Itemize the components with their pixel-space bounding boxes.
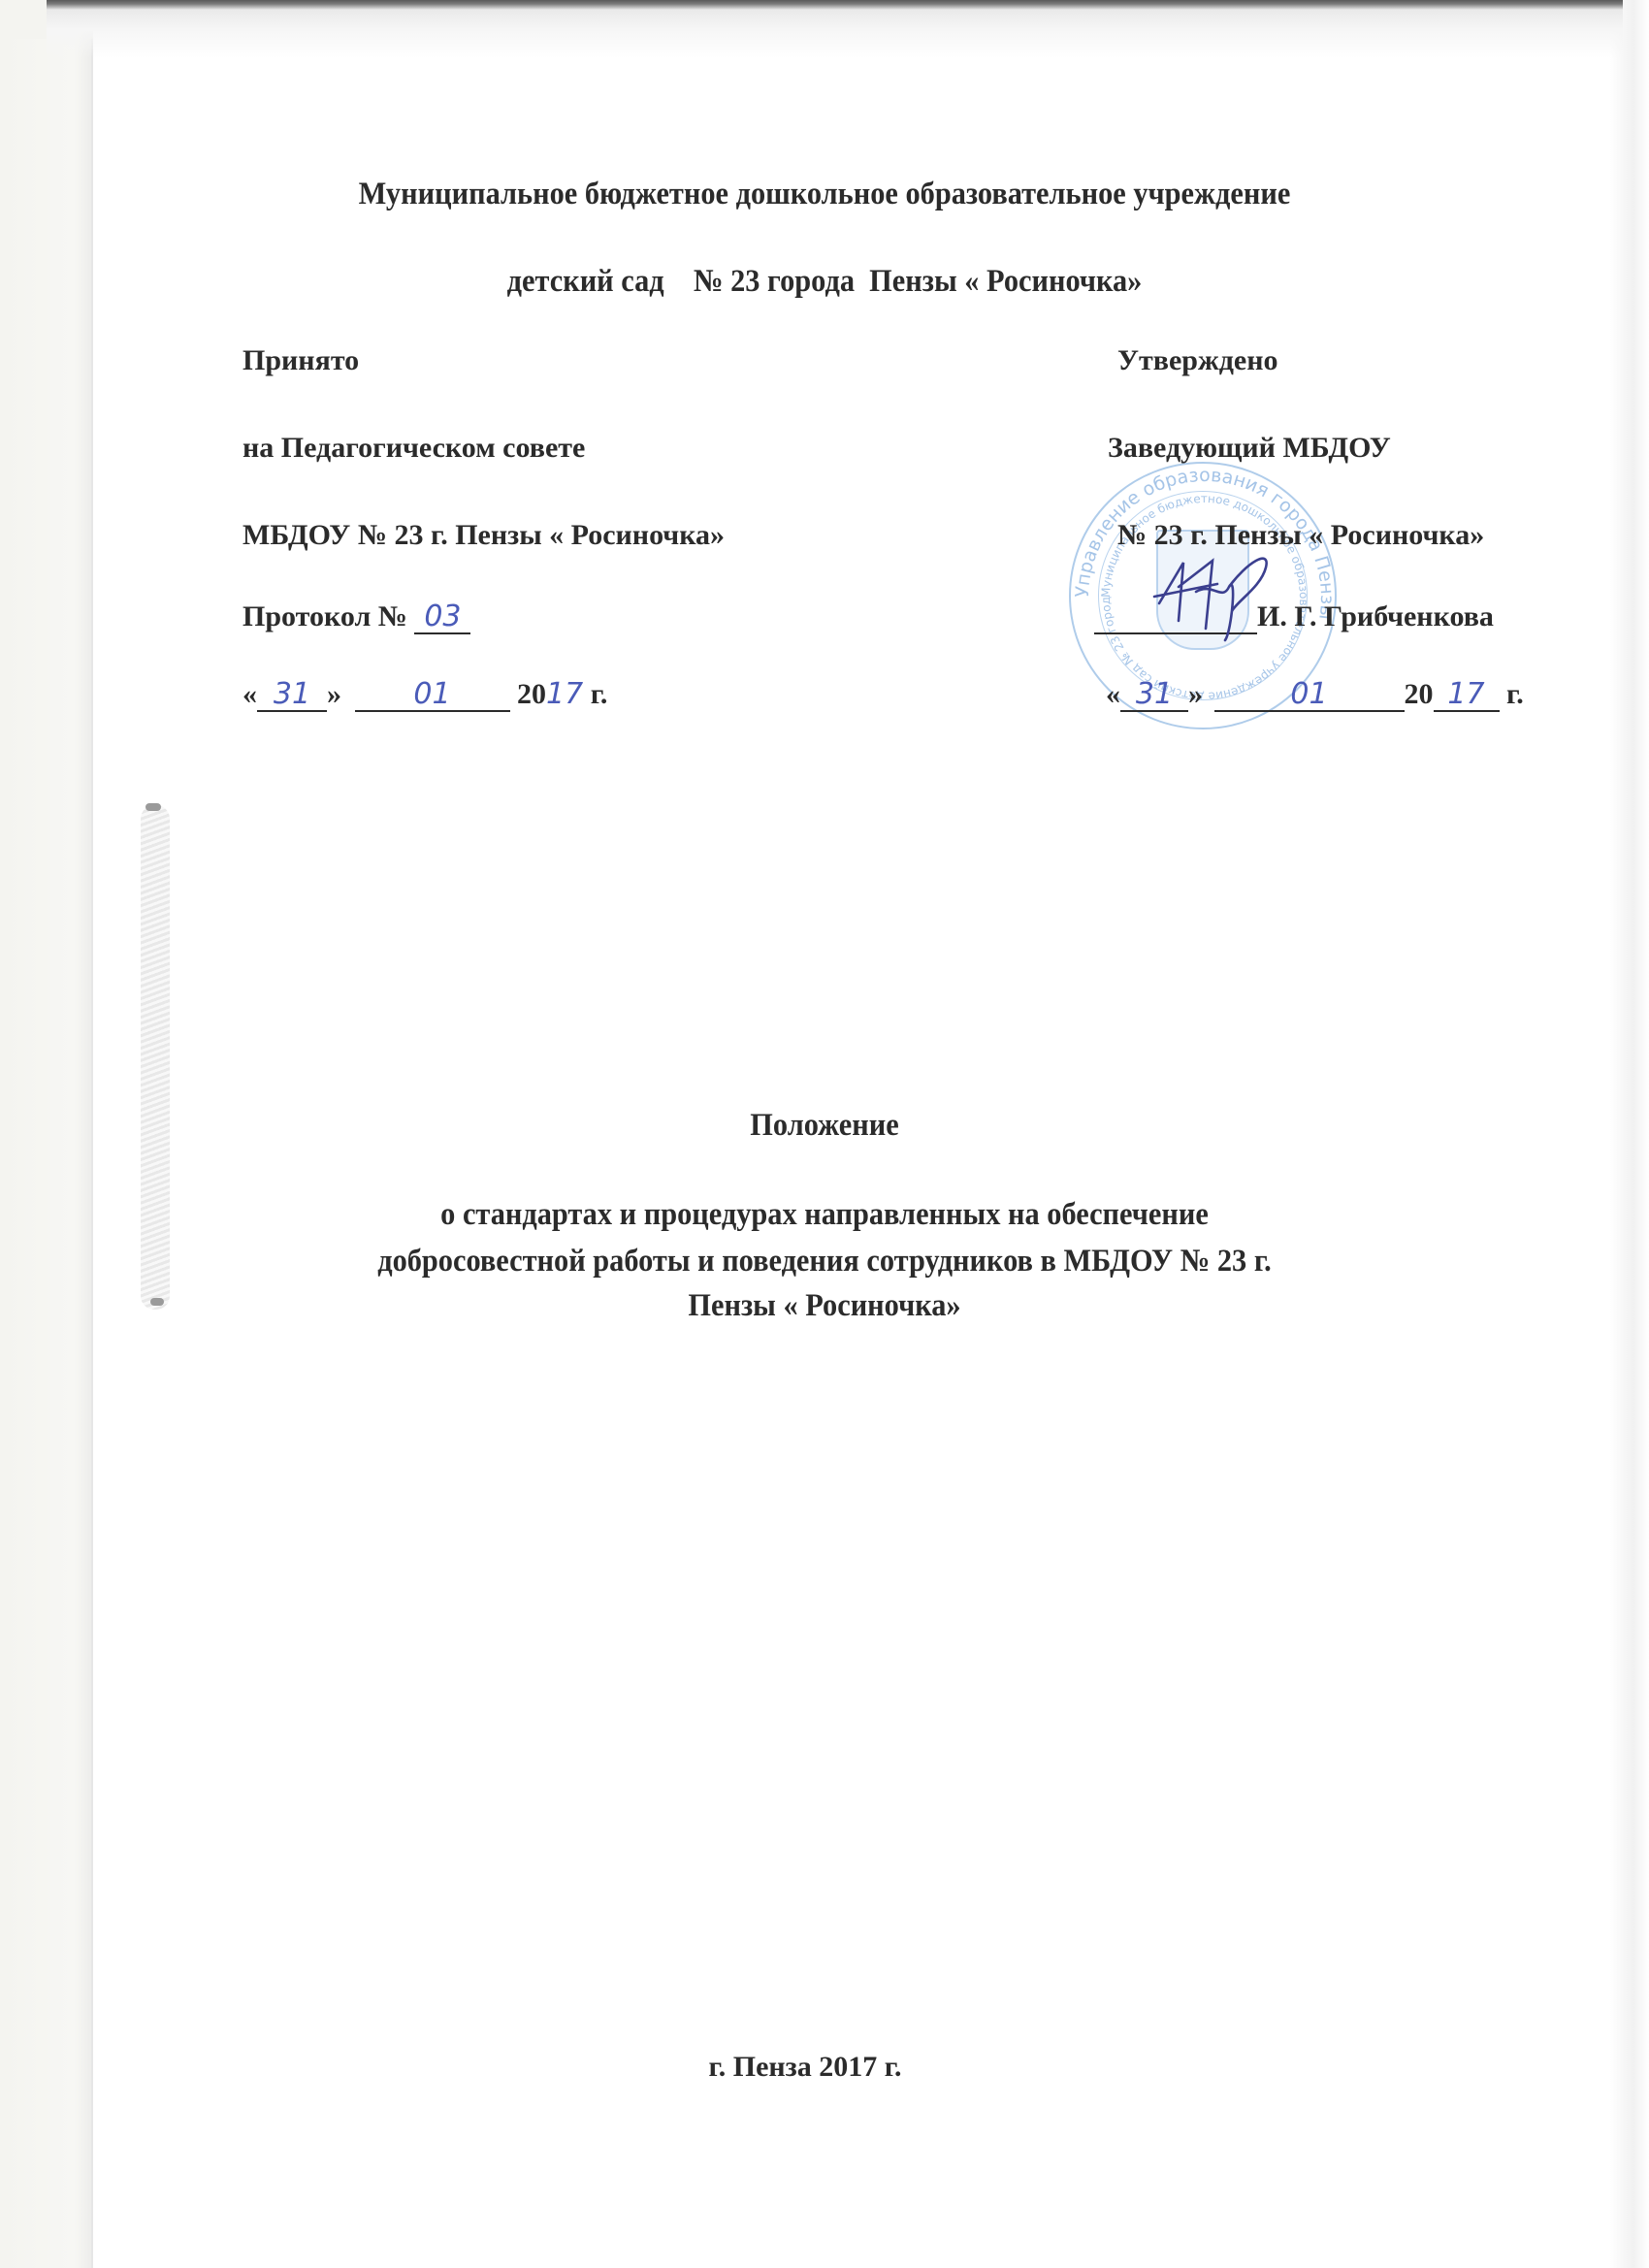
approved-year-suffix-label: г. — [1506, 678, 1524, 710]
institution-name-line1: Муниципальное бюджетное дошкольное образ… — [66, 177, 1583, 211]
accepted-year-suffix: 17 — [546, 677, 583, 711]
accepted-title: Принято — [242, 343, 359, 378]
approved-date-line: «31» 012017 г. — [1106, 677, 1524, 712]
approved-month: 01 — [1290, 677, 1327, 711]
accepted-day: 31 — [274, 677, 310, 711]
institution-name-line2: детский сад № 23 города Пензы « Росиночк… — [66, 264, 1583, 299]
page-edge-left — [91, 39, 93, 2268]
page-edge-top-shadow — [47, 0, 1623, 58]
approved-day: 31 — [1136, 677, 1173, 711]
approved-position: Заведующий МБДОУ — [1108, 431, 1391, 466]
date-open-quote: « — [242, 678, 257, 710]
protocol-line: Протокол № 03 — [242, 599, 470, 634]
date-close-quote: » — [327, 678, 341, 710]
protocol-number-field: 03 — [414, 601, 470, 634]
signature-icon — [1140, 543, 1285, 650]
protocol-label: Протокол № — [242, 600, 407, 632]
approved-title: Утверждено — [1117, 343, 1277, 378]
accepted-institution: МБДОУ № 23 г. Пензы « Росиночка» — [242, 518, 725, 553]
document-subtitle-line1: о стандартах и процедурах направленных н… — [66, 1197, 1583, 1232]
approved-day-field: 31 — [1120, 679, 1188, 712]
place-and-year: г. Пенза 2017 г. — [0, 2050, 1630, 2085]
binding-thread — [141, 805, 170, 1310]
accepted-day-field: 31 — [257, 679, 327, 712]
document-subtitle-line3: Пензы « Росиночка» — [66, 1288, 1583, 1323]
accepted-month: 01 — [413, 677, 450, 711]
signer-name: И. Г. Грибченкова — [1257, 600, 1494, 632]
date-open-quote: « — [1106, 678, 1120, 710]
approved-year-prefix: 20 — [1405, 678, 1434, 710]
accepted-year-prefix: 20 — [517, 678, 546, 710]
protocol-number: 03 — [424, 599, 461, 633]
thread-knot-top — [145, 803, 161, 811]
accepted-month-field: 01 — [355, 679, 510, 712]
accepted-year-suffix-label: г. — [591, 678, 608, 710]
date-close-quote: » — [1188, 678, 1203, 710]
accepted-date-line: «31» 01 2017 г. — [242, 677, 607, 712]
approved-year-suffix: 17 — [1447, 677, 1484, 711]
document-title: Положение — [66, 1108, 1583, 1143]
approved-month-field: 01 — [1214, 679, 1405, 712]
approved-year-field: 17 — [1434, 679, 1500, 712]
scan-corner — [0, 0, 47, 39]
scan-margin-right — [1610, 0, 1649, 2268]
accepted-council: на Педагогическом совете — [242, 431, 585, 466]
document-subtitle-line2: добросовестной работы и поведения сотруд… — [66, 1244, 1583, 1279]
